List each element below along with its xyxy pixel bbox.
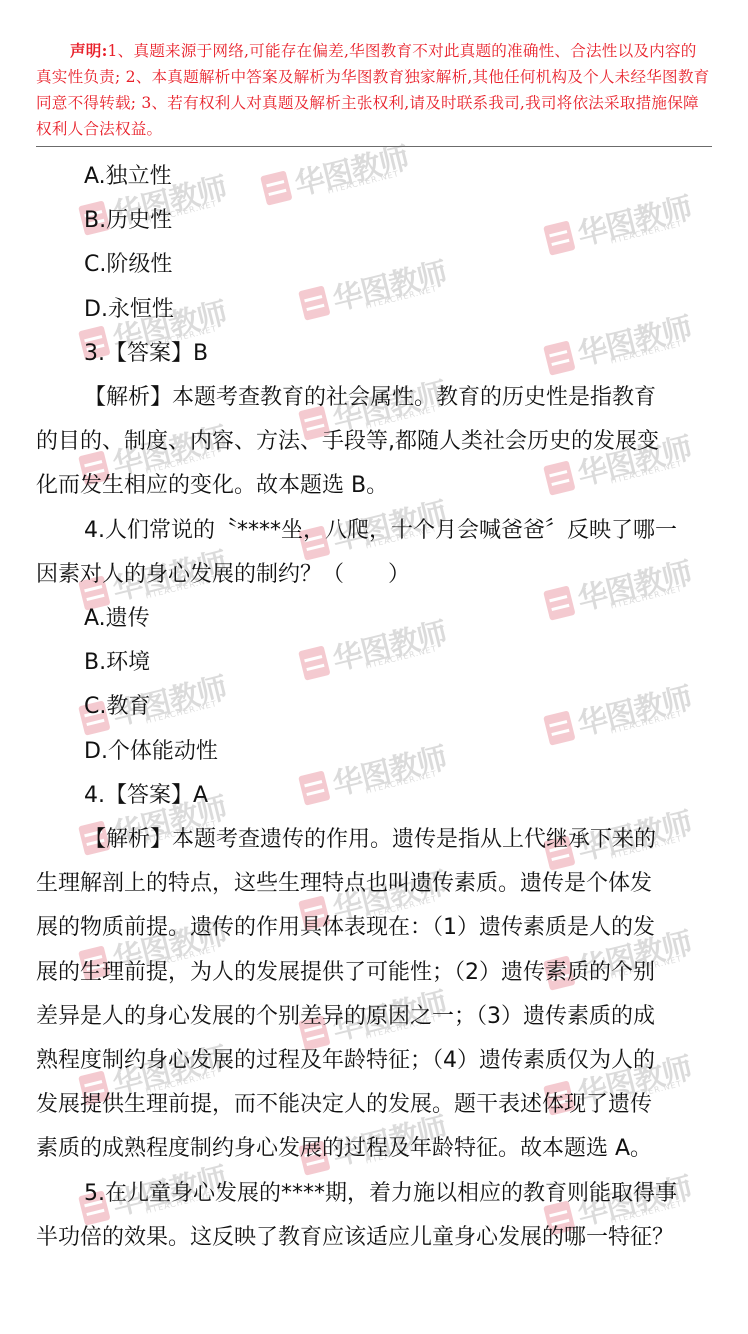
option-a: A.独立性	[36, 155, 712, 199]
analysis-line: 发展提供生理前提，而不能决定人的发展。题干表述体现了遗传	[36, 1083, 712, 1127]
question-3-analysis: 【解析】本题考查教育的社会属性。教育的历史性是指教育 的目的、制度、内容、方法、…	[36, 376, 712, 509]
question-5-stem: 5.在儿童身心发展的****期，着力施以相应的教育则能取得事 半功倍的效果。这反…	[36, 1172, 712, 1260]
question-3-options: A.独立性 B.历史性 C.阶级性 D.永恒性	[36, 155, 712, 332]
analysis-line: 展的物质前提。遗传的作用具体表现在：（1）遗传素质是人的发	[36, 906, 712, 950]
analysis-line: 差异是人的身心发展的个别差异的原因之一；（3）遗传素质的成	[36, 995, 712, 1039]
declaration-label: 声明:	[70, 41, 108, 60]
stem-line: 半功倍的效果。这反映了教育应该适应儿童身心发展的哪一特征？	[36, 1216, 712, 1260]
stem-line: 5.在儿童身心发展的****期，着力施以相应的教育则能取得事	[36, 1172, 712, 1216]
document-page: 华图教师HTEACHER.NET 华图教师HTEACHER.NET 华图教师HT…	[0, 0, 748, 1334]
question-content: A.独立性 B.历史性 C.阶级性 D.永恒性 3.【答案】B 【解析】本题考查…	[36, 155, 712, 1260]
option-a: A.遗传	[36, 597, 712, 641]
stem-line: 因素对人的身心发展的制约？（ ）	[36, 553, 712, 597]
option-b: B.环境	[36, 641, 712, 685]
stem-line: 4.人们常说的〝****坐，八爬，十个月会喊爸爸〞反映了哪一	[36, 509, 712, 553]
question-4-analysis: 【解析】本题考查遗传的作用。遗传是指从上代继承下来的 生理解剖上的特点，这些生理…	[36, 818, 712, 1172]
option-d: D.永恒性	[36, 288, 712, 332]
question-3-answer: 3.【答案】B	[36, 332, 712, 376]
analysis-line: 的目的、制度、内容、方法、手段等,都随人类社会历史的发展变	[36, 420, 712, 464]
analysis-line: 生理解剖上的特点，这些生理特点也叫遗传素质。遗传是个体发	[36, 862, 712, 906]
option-c: C.阶级性	[36, 243, 712, 287]
question-4-options: A.遗传 B.环境 C.教育 D.个体能动性	[36, 597, 712, 774]
analysis-line: 化而发生相应的变化。故本题选 B。	[36, 464, 712, 508]
question-4-stem: 4.人们常说的〝****坐，八爬，十个月会喊爸爸〞反映了哪一 因素对人的身心发展…	[36, 509, 712, 597]
analysis-line: 展的生理前提，为人的发展提供了可能性；（2）遗传素质的个别	[36, 951, 712, 995]
option-d: D.个体能动性	[36, 730, 712, 774]
analysis-line: 素质的成熟程度制约身心发展的过程及年龄特征。故本题选 A。	[36, 1127, 712, 1171]
header-divider	[36, 146, 712, 147]
analysis-line: 【解析】本题考查遗传的作用。遗传是指从上代继承下来的	[36, 818, 712, 862]
declaration-text: 1、真题来源于网络,可能存在偏差,华图教育不对此真题的准确性、合法性以及内容的真…	[36, 42, 709, 138]
question-4-answer: 4.【答案】A	[36, 774, 712, 818]
option-b: B.历史性	[36, 199, 712, 243]
analysis-line: 【解析】本题考查教育的社会属性。教育的历史性是指教育	[36, 376, 712, 420]
analysis-line: 熟程度制约身心发展的过程及年龄特征；（4）遗传素质仅为人的	[36, 1039, 712, 1083]
option-c: C.教育	[36, 685, 712, 729]
copyright-declaration: 声明:1、真题来源于网络,可能存在偏差,华图教育不对此真题的准确性、合法性以及内…	[36, 38, 712, 142]
